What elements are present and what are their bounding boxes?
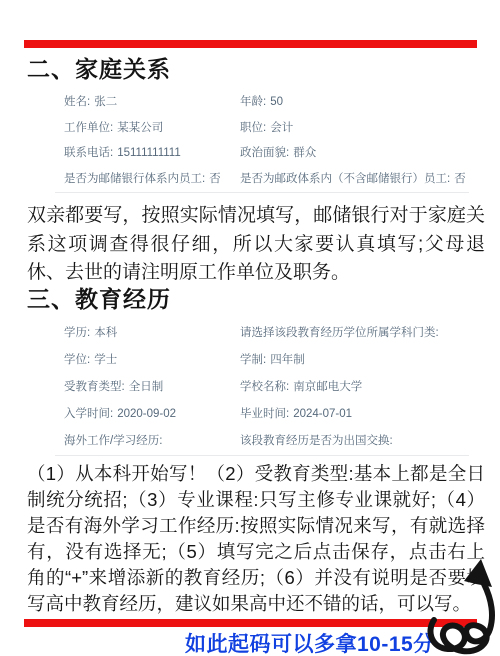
field-value: 否 — [209, 173, 221, 185]
form-field: 工作单位:某某公司 — [64, 122, 240, 134]
field-value: 50 — [270, 96, 283, 108]
education-note-paragraph: （1）从本科开始写！（2）受教育类型:基本上都是全日制统分统招;（3）专业课程:… — [27, 461, 485, 617]
family-form: 姓名:张二 年龄:50 工作单位:某某公司 职位:会计 联系电话:1511111… — [64, 96, 494, 185]
form-field: 是否为邮储银行体系内员工:否 — [64, 173, 240, 185]
field-value: 南京邮电大学 — [293, 381, 362, 393]
top-red-divider-bar — [24, 40, 477, 48]
form-field: 海外工作/学习经历: — [64, 435, 240, 447]
form-field: 职位:会计 — [240, 122, 494, 134]
form-field: 是否为邮政体系内（不含邮储银行）员工:否 — [240, 173, 494, 185]
field-value: 会计 — [270, 122, 293, 134]
family-note-paragraph: 双亲都要写，按照实际情况填写，邮储银行对于家庭关系这项调查得很仔细，所以大家要认… — [27, 202, 485, 288]
field-value: 15111111111 — [117, 147, 181, 159]
field-label: 毕业时间: — [240, 408, 289, 420]
field-label: 受教育类型: — [64, 381, 125, 393]
bottom-red-divider-bar — [24, 619, 477, 627]
field-value: 2020-09-02 — [117, 408, 176, 420]
form-field: 请选择该段教育经历学位所属学科门类: — [240, 327, 494, 339]
field-label: 年龄: — [240, 96, 266, 108]
section-divider — [55, 455, 469, 456]
field-label: 海外工作/学习经历: — [64, 435, 162, 447]
field-value: 2024-07-01 — [293, 408, 352, 420]
field-label: 是否为邮储银行体系内员工: — [64, 173, 205, 185]
form-field: 学历:本科 — [64, 327, 240, 339]
footer-highlight-note: 如此起码可以多拿10-15分 — [185, 628, 435, 656]
form-field: 政治面貌:群众 — [240, 147, 494, 159]
field-value: 本科 — [94, 327, 117, 339]
field-label: 是否为邮政体系内（不含邮储银行）员工: — [240, 173, 450, 185]
form-field: 姓名:张二 — [64, 96, 240, 108]
education-form: 学历:本科 请选择该段教育经历学位所属学科门类: 学位:学士 学制:四年制 受教… — [64, 327, 494, 447]
article-page: 二、家庭关系 姓名:张二 年龄:50 工作单位:某某公司 职位:会计 联系电话:… — [0, 0, 500, 656]
curly-up-arrow-icon — [424, 556, 498, 656]
family-section-heading: 二、家庭关系 — [27, 56, 171, 84]
form-field: 学制:四年制 — [240, 354, 494, 366]
field-label: 学校名称: — [240, 381, 289, 393]
field-value: 学士 — [94, 354, 117, 366]
field-label: 工作单位: — [64, 122, 113, 134]
form-field: 入学时间:2020-09-02 — [64, 408, 240, 420]
field-label: 学历: — [64, 327, 90, 339]
field-label: 请选择该段教育经历学位所属学科门类: — [240, 327, 439, 339]
form-field: 学校名称:南京邮电大学 — [240, 381, 494, 393]
field-value: 否 — [454, 173, 466, 185]
field-label: 入学时间: — [64, 408, 113, 420]
field-label: 该段教育经历是否为出国交换: — [240, 435, 393, 447]
form-field: 受教育类型:全日制 — [64, 381, 240, 393]
field-label: 学制: — [240, 354, 266, 366]
field-label: 姓名: — [64, 96, 90, 108]
field-label: 联系电话: — [64, 147, 113, 159]
form-field: 该段教育经历是否为出国交换: — [240, 435, 494, 447]
form-field: 学位:学士 — [64, 354, 240, 366]
field-value: 全日制 — [129, 381, 164, 393]
field-value: 四年制 — [270, 354, 305, 366]
education-section-heading: 三、教育经历 — [27, 286, 171, 314]
field-value: 张二 — [94, 96, 117, 108]
form-field: 联系电话:15111111111 — [64, 147, 240, 159]
field-label: 职位: — [240, 122, 266, 134]
section-divider — [55, 192, 469, 193]
field-value: 群众 — [293, 147, 316, 159]
field-label: 政治面貌: — [240, 147, 289, 159]
form-field: 年龄:50 — [240, 96, 494, 108]
field-label: 学位: — [64, 354, 90, 366]
form-field: 毕业时间:2024-07-01 — [240, 408, 494, 420]
field-value: 某某公司 — [117, 122, 163, 134]
